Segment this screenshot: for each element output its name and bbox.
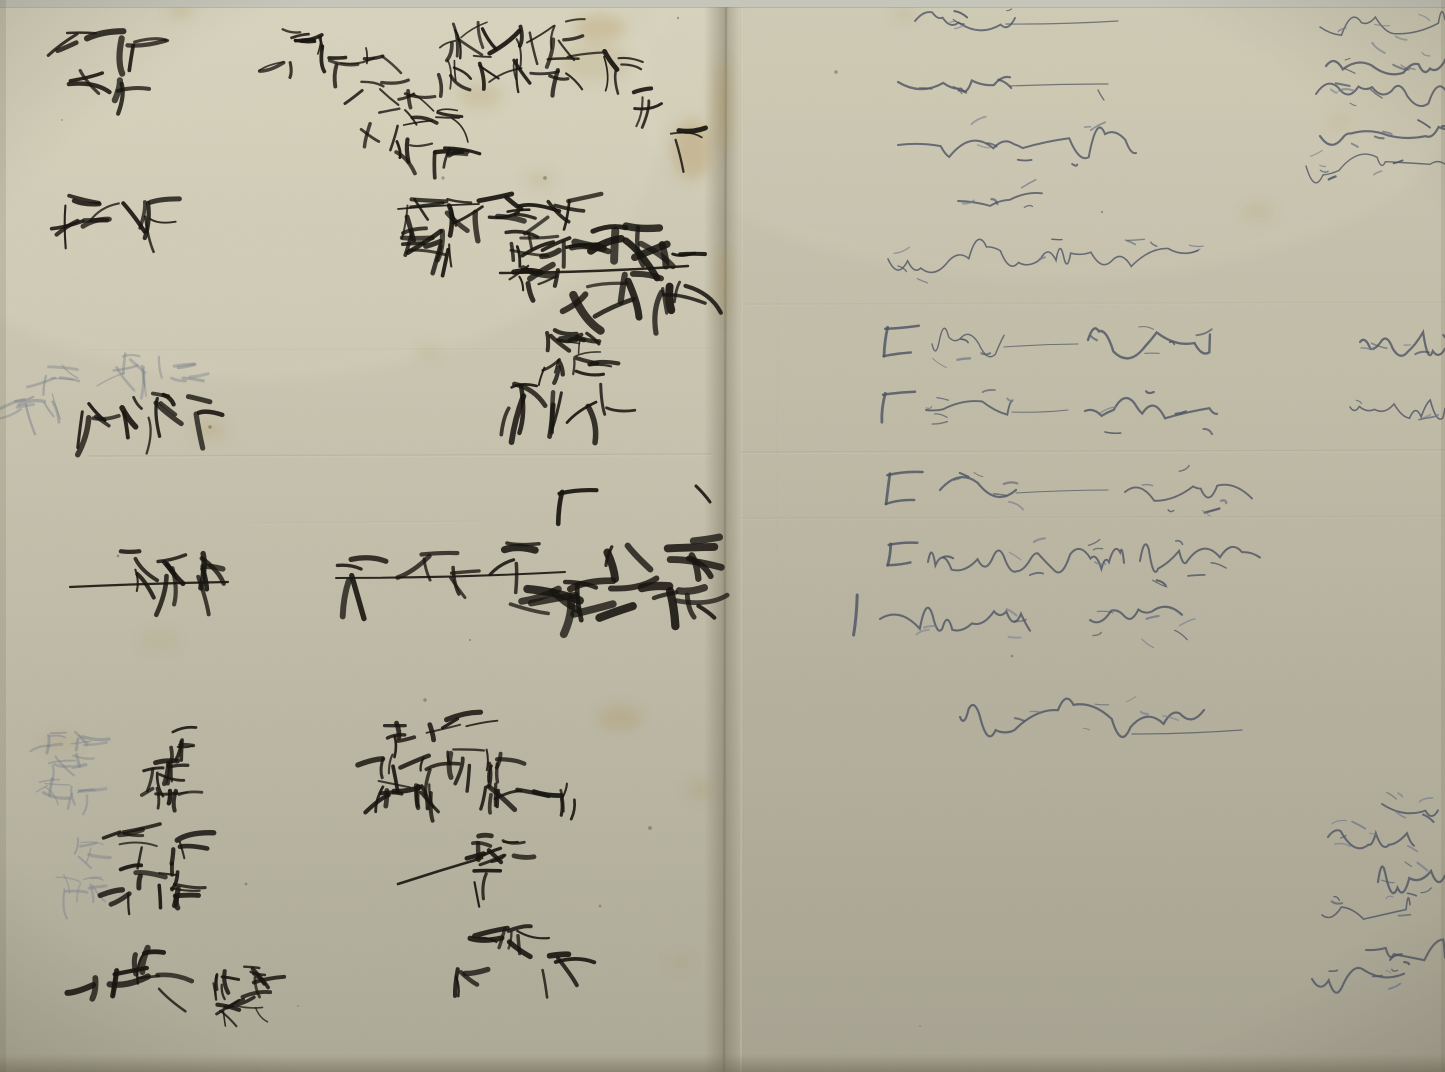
- manuscript-scene: [0, 0, 1445, 1072]
- photo-vignette: [0, 0, 1445, 1072]
- manuscript-photo: Photograph of a two-page handwritten Jap…: [0, 0, 1445, 1072]
